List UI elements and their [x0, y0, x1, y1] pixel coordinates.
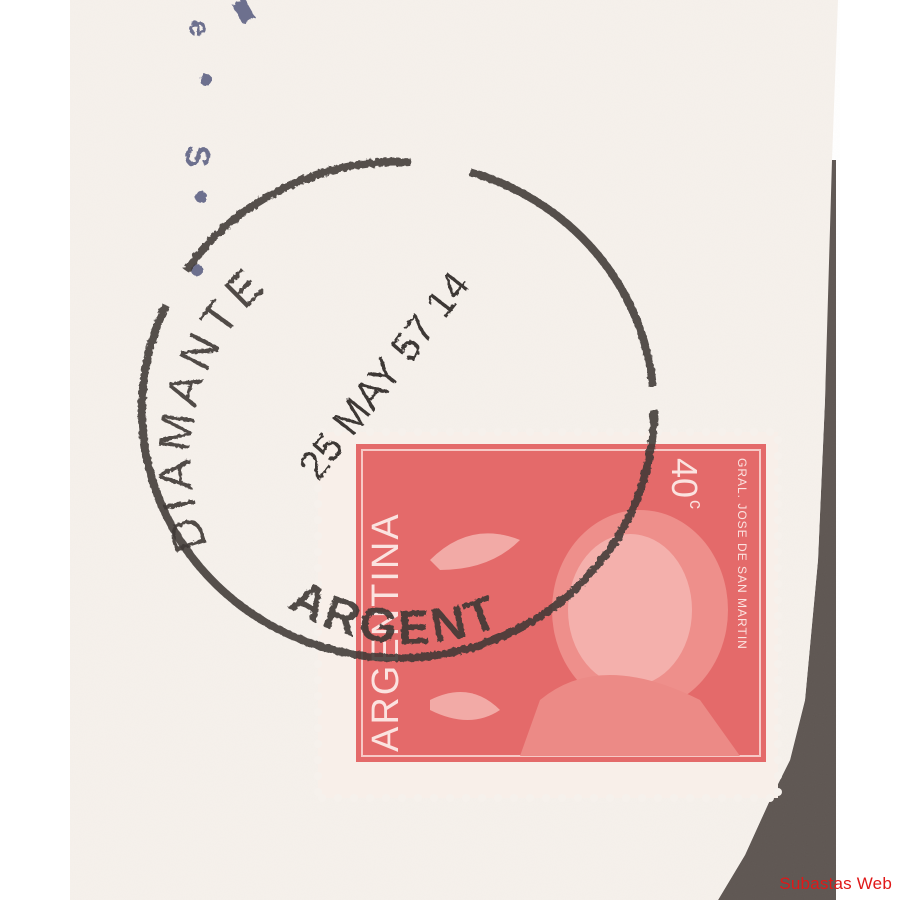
svg-text:S: S	[178, 145, 216, 168]
svg-text:e: e	[183, 20, 216, 37]
stamp-currency: c	[686, 500, 706, 509]
stamp-inscription: GRAL. JOSE DE SAN MARTIN	[735, 458, 749, 650]
stamp-value: 40	[664, 458, 705, 498]
stamp-photo: S e ARGENTINA 40 c GRAL. JOSE DE SAN MAR…	[0, 0, 900, 900]
watermark: Subastas Web	[779, 874, 892, 894]
